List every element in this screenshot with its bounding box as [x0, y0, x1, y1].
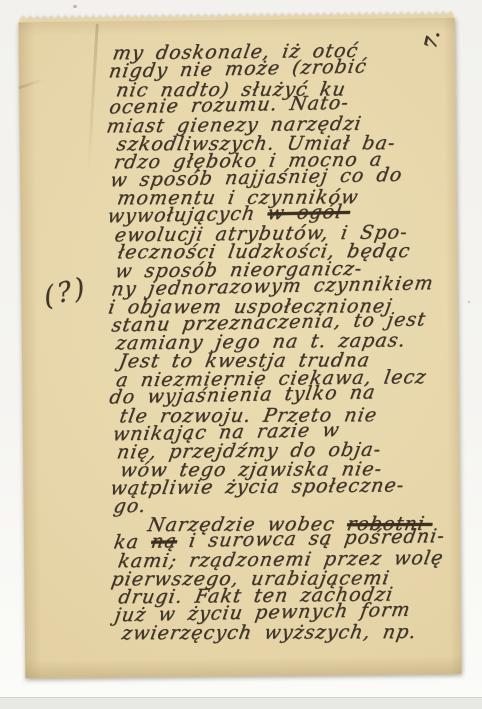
manuscript-text: my doskonale, iż otoćnigdy nie może (zro…	[113, 41, 471, 643]
paper-crease	[87, 24, 99, 174]
dust-speck	[468, 301, 470, 303]
handwritten-line: do wyjaśnienia tylko na	[109, 382, 468, 407]
margin-question-mark: (?)	[42, 271, 90, 313]
handwritten-line: zwierzęcych wyższych, np.	[122, 623, 471, 643]
perforated-top-edge	[20, 12, 454, 23]
handwritten-line: nigdy nie może (zrobić	[109, 56, 465, 81]
dust-speck	[73, 5, 77, 8]
scanner-edge-strip	[0, 697, 482, 709]
handwritten-line: ny jednorazowym czynnikiem	[111, 273, 467, 298]
scan-background: { "document": { "type": "scanned handwri…	[0, 0, 482, 709]
manuscript-paper: 7. (?) my doskonale, iż otoćnigdy nie mo…	[19, 18, 462, 679]
paper-crease	[18, 78, 44, 89]
